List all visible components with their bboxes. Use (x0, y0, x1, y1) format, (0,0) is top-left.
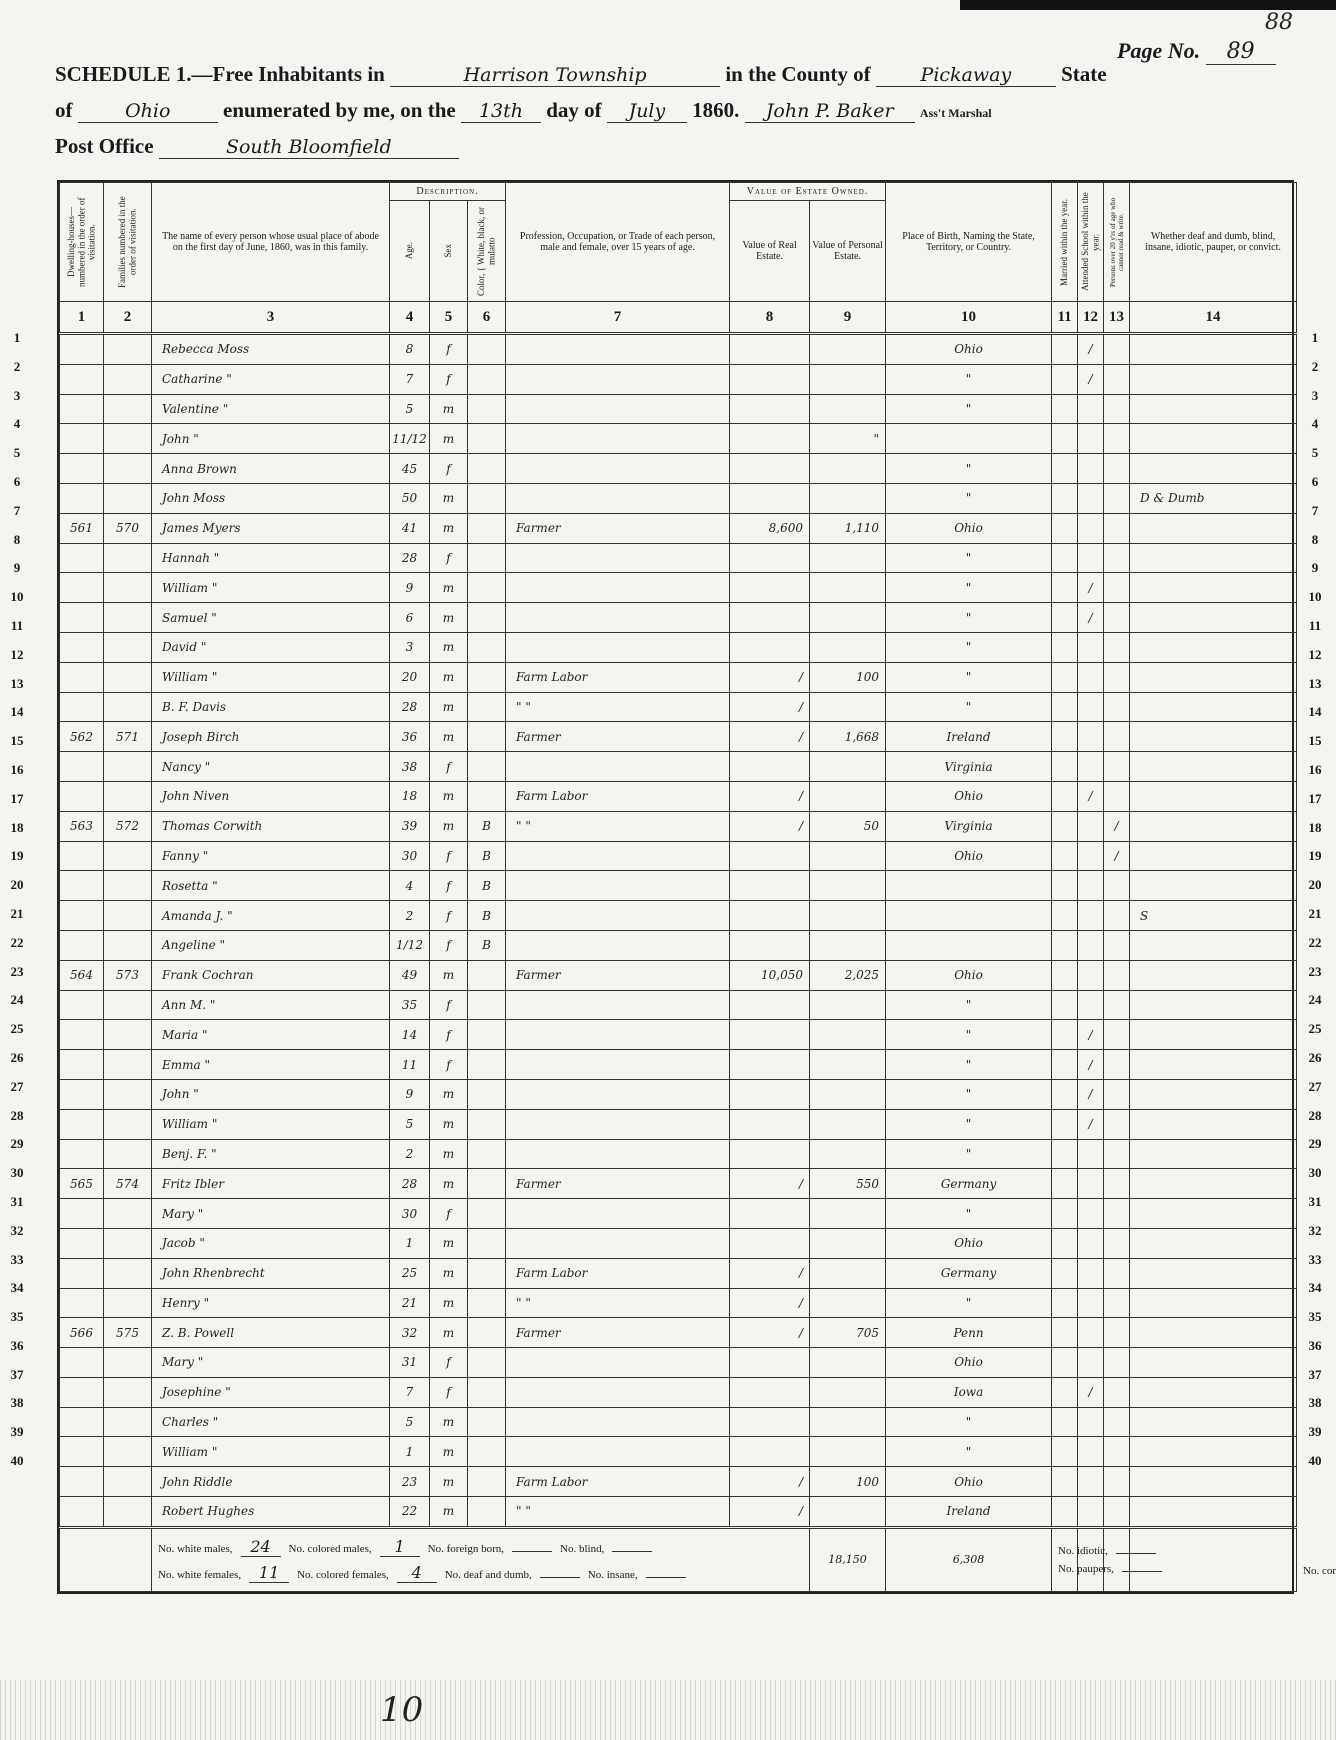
illiterate-mark (1104, 990, 1130, 1020)
blind-count (612, 1551, 652, 1552)
person-name: Emma " (152, 1050, 390, 1080)
schedule-label: SCHEDULE 1.—Free Inhabitants in (55, 62, 385, 86)
year: 1860. (692, 98, 739, 122)
remarks (1130, 781, 1297, 811)
table-row: John Riddle23mFarm Labor/100Ohio (60, 1467, 1297, 1497)
col-header-description: Description. (390, 183, 506, 201)
married-mark (1052, 1407, 1078, 1437)
age: 7 (390, 1377, 430, 1407)
age: 21 (390, 1288, 430, 1318)
sex: m (430, 662, 468, 692)
real-estate-value: / (730, 1288, 810, 1318)
family-number (104, 573, 152, 603)
remarks (1130, 871, 1297, 901)
birthplace: " (886, 1437, 1052, 1467)
color (468, 513, 506, 543)
married-mark (1052, 1020, 1078, 1050)
family-number (104, 841, 152, 871)
color: B (468, 930, 506, 960)
occupation (506, 1079, 730, 1109)
real-estate-value (730, 334, 810, 365)
person-name: Josephine " (152, 1377, 390, 1407)
line-number: 13 (2, 670, 32, 699)
person-name: Fanny " (152, 841, 390, 871)
school-mark (1078, 960, 1104, 990)
birthplace: Ohio (886, 334, 1052, 365)
school-mark (1078, 483, 1104, 513)
birthplace (886, 930, 1052, 960)
person-name: William " (152, 1437, 390, 1467)
color (468, 1109, 506, 1139)
line-number: 34 (1300, 1274, 1330, 1303)
table-row: 565574Fritz Ibler28mFarmer/550Germany (60, 1169, 1297, 1199)
married-mark (1052, 692, 1078, 722)
color (468, 722, 506, 752)
person-name: John " (152, 424, 390, 454)
dwelling-number (60, 841, 104, 871)
married-mark (1052, 1467, 1078, 1497)
school-mark: / (1078, 334, 1104, 365)
col-header-color: Color, { White, black, or mulatto (468, 201, 506, 302)
line-number: 37 (1300, 1361, 1330, 1390)
illiterate-mark (1104, 1199, 1130, 1229)
color (468, 1228, 506, 1258)
line-number: 10 (2, 583, 32, 612)
totals-idiotic-paupers: No. idiotic, No. paupers, (1052, 1527, 1078, 1591)
family-number (104, 1020, 152, 1050)
school-mark (1078, 930, 1104, 960)
married-mark (1052, 1348, 1078, 1378)
illiterate-mark (1104, 1377, 1130, 1407)
line-number: 33 (2, 1246, 32, 1275)
illiterate-mark (1104, 1407, 1130, 1437)
person-name: William " (152, 1109, 390, 1139)
line-number: 10 (1300, 583, 1330, 612)
marshal-name: John P. Baker (745, 100, 915, 123)
column-number: 6 (468, 302, 506, 334)
occupation: " " (506, 1497, 730, 1528)
line-number: 8 (2, 526, 32, 555)
married-mark (1052, 1318, 1078, 1348)
personal-estate-value: 100 (810, 662, 886, 692)
personal-estate-value: 1,668 (810, 722, 886, 752)
sex: f (430, 901, 468, 931)
table-row: 566575Z. B. Powell32mFarmer/705Penn (60, 1318, 1297, 1348)
family-number (104, 1199, 152, 1229)
col-header-illiterate: Persons over 20 y'rs of age who cannot r… (1104, 183, 1130, 302)
personal-estate-value (810, 1407, 886, 1437)
dwelling-number (60, 424, 104, 454)
occupation (506, 543, 730, 573)
line-number: 5 (2, 439, 32, 468)
color (468, 752, 506, 782)
person-name: Thomas Corwith (152, 811, 390, 841)
family-number (104, 334, 152, 365)
married-mark (1052, 543, 1078, 573)
birthplace: Virginia (886, 752, 1052, 782)
school-mark (1078, 1139, 1104, 1169)
line-number: 22 (2, 929, 32, 958)
personal-estate-value (810, 781, 886, 811)
sex: m (430, 632, 468, 662)
age: 41 (390, 513, 430, 543)
real-estate-value (730, 632, 810, 662)
color (468, 1318, 506, 1348)
real-estate-value (730, 1199, 810, 1229)
illiterate-mark (1104, 603, 1130, 633)
birthplace: " (886, 1050, 1052, 1080)
sex: m (430, 692, 468, 722)
person-name: Anna Brown (152, 454, 390, 484)
sex: m (430, 424, 468, 454)
remarks (1130, 454, 1297, 484)
occupation (506, 1199, 730, 1229)
personal-estate-value (810, 394, 886, 424)
line-number: 39 (2, 1418, 32, 1447)
column-number: 3 (152, 302, 390, 334)
married-mark (1052, 841, 1078, 871)
remarks (1130, 394, 1297, 424)
line-number: 26 (2, 1044, 32, 1073)
illiterate-mark (1104, 394, 1130, 424)
real-estate-value: 8,600 (730, 513, 810, 543)
family-number (104, 603, 152, 633)
table-row: Rebecca Moss8fOhio/ (60, 334, 1297, 365)
birthplace: " (886, 394, 1052, 424)
age: 45 (390, 454, 430, 484)
person-name: Charles " (152, 1407, 390, 1437)
color (468, 960, 506, 990)
person-name: Frank Cochran (152, 960, 390, 990)
color (468, 662, 506, 692)
table-row: William "20mFarm Labor/100" (60, 662, 1297, 692)
dwelling-number (60, 1497, 104, 1528)
dwelling-number (60, 871, 104, 901)
table-row: Mary "30f" (60, 1199, 1297, 1229)
personal-estate-value (810, 1288, 886, 1318)
illiterate-mark (1104, 1228, 1130, 1258)
color: B (468, 811, 506, 841)
school-mark (1078, 543, 1104, 573)
person-name: Amanda J. " (152, 901, 390, 931)
school-mark (1078, 1169, 1104, 1199)
remarks (1130, 1050, 1297, 1080)
line-number: 8 (1300, 526, 1330, 555)
dwelling-number (60, 1139, 104, 1169)
occupation (506, 901, 730, 931)
dwelling-number: 565 (60, 1169, 104, 1199)
illiterate-mark (1104, 1497, 1130, 1528)
illiterate-mark (1104, 334, 1130, 365)
personal-estate-value (810, 603, 886, 633)
line-number: 1 (2, 324, 32, 353)
age: 20 (390, 662, 430, 692)
person-name: William " (152, 573, 390, 603)
personal-estate-total: 6,308 (886, 1527, 1052, 1591)
dwelling-number (60, 930, 104, 960)
line-number: 36 (2, 1332, 32, 1361)
real-estate-value: / (730, 1169, 810, 1199)
occupation (506, 573, 730, 603)
table-row: Josephine "7fIowa/ (60, 1377, 1297, 1407)
occupation: Farm Labor (506, 1467, 730, 1497)
dwelling-number (60, 603, 104, 633)
remarks (1130, 811, 1297, 841)
dwelling-number (60, 1377, 104, 1407)
occupation (506, 1437, 730, 1467)
real-estate-value (730, 1079, 810, 1109)
married-mark (1052, 1377, 1078, 1407)
sex: m (430, 1139, 468, 1169)
remarks: S (1130, 901, 1297, 931)
married-mark (1052, 1079, 1078, 1109)
line-number: 3 (2, 382, 32, 411)
illiterate-mark (1104, 1437, 1130, 1467)
personal-estate-value (810, 1228, 886, 1258)
table-row: Anna Brown45f" (60, 454, 1297, 484)
school-mark (1078, 1199, 1104, 1229)
school-mark (1078, 1228, 1104, 1258)
school-mark: / (1078, 1079, 1104, 1109)
person-name: Angeline " (152, 930, 390, 960)
age: 8 (390, 334, 430, 365)
personal-estate-value: " (810, 424, 886, 454)
school-mark (1078, 662, 1104, 692)
remarks (1130, 513, 1297, 543)
personal-estate-value (810, 364, 886, 394)
illiterate-mark (1104, 692, 1130, 722)
family-number (104, 930, 152, 960)
table-row: Fanny "30fBOhio/ (60, 841, 1297, 871)
family-number (104, 1139, 152, 1169)
line-number: 15 (1300, 727, 1330, 756)
age: 14 (390, 1020, 430, 1050)
occupation (506, 1109, 730, 1139)
illiterate-mark (1104, 1288, 1130, 1318)
col-header-family: Families numbered in the order of visita… (104, 183, 152, 302)
sex: m (430, 1497, 468, 1528)
personal-estate-value (810, 1050, 886, 1080)
personal-estate-value (810, 1020, 886, 1050)
age: 7 (390, 364, 430, 394)
line-number: 38 (1300, 1389, 1330, 1418)
real-estate-value (730, 364, 810, 394)
illiterate-mark (1104, 1318, 1130, 1348)
school-mark: / (1078, 1377, 1104, 1407)
column-number: 13 (1104, 302, 1130, 334)
real-estate-value: / (730, 1497, 810, 1528)
color (468, 1020, 506, 1050)
col-header-birthplace: Place of Birth, Naming the State, Territ… (886, 183, 1052, 302)
person-name: Joseph Birch (152, 722, 390, 752)
dwelling-number (60, 1407, 104, 1437)
dwelling-number: 563 (60, 811, 104, 841)
real-estate-value (730, 454, 810, 484)
line-number: 21 (2, 900, 32, 929)
line-number: 4 (1300, 410, 1330, 439)
line-number: 4 (2, 410, 32, 439)
personal-estate-value (810, 1437, 886, 1467)
birthplace: Ohio (886, 1348, 1052, 1378)
line-number: 12 (2, 641, 32, 670)
school-mark (1078, 632, 1104, 662)
age: 2 (390, 1139, 430, 1169)
remarks: D & Dumb (1130, 483, 1297, 513)
birthplace: " (886, 1139, 1052, 1169)
color: B (468, 841, 506, 871)
sex: f (430, 364, 468, 394)
remarks (1130, 960, 1297, 990)
illiterate-mark (1104, 573, 1130, 603)
birthplace: " (886, 692, 1052, 722)
birthplace: " (886, 364, 1052, 394)
table-row: John Moss50m"D & Dumb (60, 483, 1297, 513)
real-estate-value (730, 1050, 810, 1080)
married-mark (1052, 930, 1078, 960)
sex: m (430, 781, 468, 811)
sex: f (430, 1377, 468, 1407)
person-name: Z. B. Powell (152, 1318, 390, 1348)
line-number: 29 (1300, 1130, 1330, 1159)
color (468, 1139, 506, 1169)
header-line-2: of Ohio enumerated by me, on the 13th da… (55, 98, 992, 123)
sex: m (430, 1467, 468, 1497)
line-number: 40 (1300, 1447, 1330, 1476)
line-number: 19 (1300, 842, 1330, 871)
family-number (104, 454, 152, 484)
person-name: Samuel " (152, 603, 390, 633)
occupation (506, 871, 730, 901)
occupation: Farm Labor (506, 781, 730, 811)
line-number: 36 (1300, 1332, 1330, 1361)
line-number: 14 (1300, 698, 1330, 727)
dwelling-number (60, 1437, 104, 1467)
col-header-school: Attended School within the year. (1078, 183, 1104, 302)
school-mark: / (1078, 364, 1104, 394)
color (468, 364, 506, 394)
remarks (1130, 1318, 1297, 1348)
illiterate-mark (1104, 424, 1130, 454)
color (468, 1258, 506, 1288)
dwelling-number (60, 1079, 104, 1109)
family-number (104, 394, 152, 424)
occupation (506, 1407, 730, 1437)
deaf-dumb-count (540, 1577, 580, 1578)
line-number: 13 (1300, 670, 1330, 699)
real-estate-value: / (730, 662, 810, 692)
dwelling-number (60, 1467, 104, 1497)
personal-estate-value: 705 (810, 1318, 886, 1348)
real-estate-value (730, 1109, 810, 1139)
family-number (104, 1497, 152, 1528)
remarks (1130, 632, 1297, 662)
real-estate-value: 10,050 (730, 960, 810, 990)
age: 35 (390, 990, 430, 1020)
real-estate-value (730, 1139, 810, 1169)
married-mark (1052, 1437, 1078, 1467)
birthplace: Germany (886, 1258, 1052, 1288)
real-estate-value (730, 871, 810, 901)
birthplace: " (886, 632, 1052, 662)
table-row: Amanda J. "2fBS (60, 901, 1297, 931)
person-name: Hannah " (152, 543, 390, 573)
occupation (506, 990, 730, 1020)
personal-estate-value (810, 543, 886, 573)
family-number (104, 692, 152, 722)
line-number: 2 (2, 353, 32, 382)
sex: f (430, 990, 468, 1020)
dwelling-number (60, 1348, 104, 1378)
line-number: 30 (1300, 1159, 1330, 1188)
illiterate-mark (1104, 364, 1130, 394)
table-row: 561570James Myers41mFarmer8,6001,110Ohio (60, 513, 1297, 543)
table-row: Henry "21m" "/" (60, 1288, 1297, 1318)
personal-estate-value (810, 1348, 886, 1378)
occupation (506, 1228, 730, 1258)
dwelling-number (60, 662, 104, 692)
sex: m (430, 1079, 468, 1109)
sex: m (430, 573, 468, 603)
table-row: William "9m"/ (60, 573, 1297, 603)
person-name: Maria " (152, 1020, 390, 1050)
illiterate-mark (1104, 1050, 1130, 1080)
illiterate-mark (1104, 722, 1130, 752)
table-row: Charles "5m" (60, 1407, 1297, 1437)
remarks (1130, 1228, 1297, 1258)
school-mark: / (1078, 603, 1104, 633)
dwelling-number (60, 573, 104, 603)
birthplace: " (886, 483, 1052, 513)
birthplace: Ireland (886, 722, 1052, 752)
dwelling-number (60, 1020, 104, 1050)
remarks (1130, 1109, 1297, 1139)
age: 11/12 (390, 424, 430, 454)
real-estate-value (730, 1228, 810, 1258)
age: 2 (390, 901, 430, 931)
color (468, 424, 506, 454)
person-name: James Myers (152, 513, 390, 543)
color (468, 1169, 506, 1199)
married-mark (1052, 1288, 1078, 1318)
birthplace: " (886, 662, 1052, 692)
birthplace: Penn (886, 1318, 1052, 1348)
married-mark (1052, 1139, 1078, 1169)
day-field: 13th (461, 100, 541, 123)
table-row: 564573Frank Cochran49mFarmer10,0502,025O… (60, 960, 1297, 990)
occupation (506, 1348, 730, 1378)
personal-estate-value (810, 1109, 886, 1139)
occupation (506, 930, 730, 960)
dwelling-number (60, 334, 104, 365)
person-name: Fritz Ibler (152, 1169, 390, 1199)
line-numbers-right: 1234567891011121314151617181920212223242… (1300, 324, 1330, 1476)
color (468, 692, 506, 722)
color: B (468, 871, 506, 901)
personal-estate-value (810, 990, 886, 1020)
age: 18 (390, 781, 430, 811)
married-mark (1052, 603, 1078, 633)
personal-estate-value: 1,110 (810, 513, 886, 543)
personal-estate-value (810, 483, 886, 513)
married-mark (1052, 662, 1078, 692)
color (468, 1377, 506, 1407)
occupation (506, 752, 730, 782)
sex: m (430, 1437, 468, 1467)
line-number: 34 (2, 1274, 32, 1303)
color (468, 781, 506, 811)
line-number: 30 (2, 1159, 32, 1188)
scan-dark-band (960, 0, 1336, 10)
